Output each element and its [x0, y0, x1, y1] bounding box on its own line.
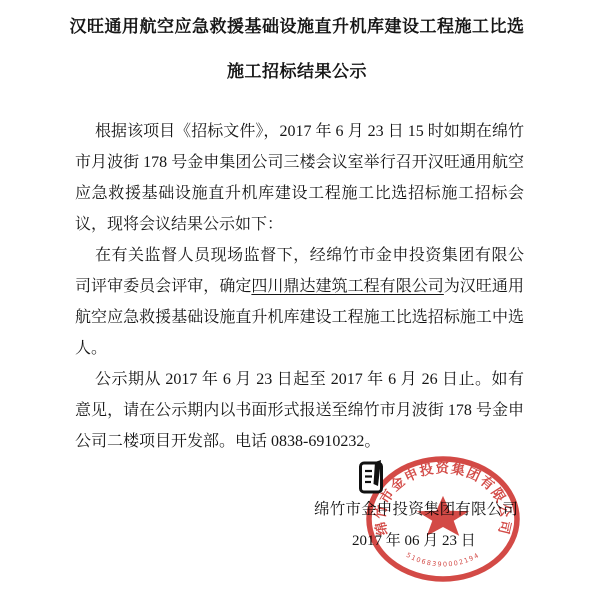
memo-icon	[358, 459, 386, 496]
paragraph-bid-result: 在有关监督人员现场监督下，经绵竹市金申投资集团有限公司评审委员会评审，确定四川鼎…	[75, 240, 524, 364]
seal-serial-number: 51068390002194	[405, 551, 481, 569]
star-icon	[417, 496, 469, 536]
notice-document-page: 汉旺通用航空应急救援基础设施直升机库建设工程施工比选 施工招标结果公示 根据该项…	[0, 0, 594, 604]
official-seal: 绵竹市金申投资集团有限公司 51068390002194	[363, 454, 523, 584]
winning-bidder-name: 四川鼎达建筑工程有限公司	[251, 278, 443, 295]
paragraph-publicity-period: 公示期从 2017 年 6 月 23 日起至 2017 年 6 月 26 日止。…	[75, 364, 524, 457]
document-body: 根据该项目《招标文件》，2017 年 6 月 23 日 15 时如期在绵竹市月波…	[75, 116, 524, 457]
paragraph-meeting-info: 根据该项目《招标文件》，2017 年 6 月 23 日 15 时如期在绵竹市月波…	[75, 116, 524, 240]
document-title-line2: 施工招标结果公示	[0, 57, 594, 82]
document-title-line1: 汉旺通用航空应急救援基础设施直升机库建设工程施工比选	[0, 12, 594, 37]
